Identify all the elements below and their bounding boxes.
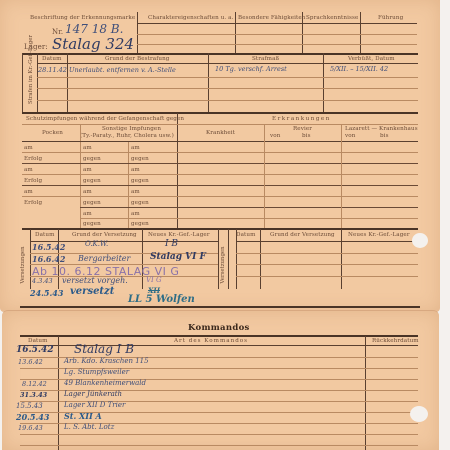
divider bbox=[67, 53, 68, 113]
rule bbox=[22, 141, 418, 142]
rule bbox=[236, 264, 418, 265]
sonstige-gegen: gegen bbox=[83, 178, 101, 184]
col-datum: Datum bbox=[42, 56, 61, 62]
kom-art-8: L. S. Abt. Lotz bbox=[64, 423, 114, 431]
kom-col-datum: Datum bbox=[28, 338, 47, 344]
punch-hole bbox=[410, 406, 428, 422]
vers-lager-1: I B bbox=[165, 239, 178, 249]
kom-datum-5: 31.3.43 bbox=[20, 391, 47, 399]
vers-datum-2: 16.6.42 bbox=[32, 254, 65, 264]
sonstige-gegen: gegen bbox=[131, 156, 149, 162]
col-grund-bestrafung: Grund der Bestrafung bbox=[105, 56, 169, 62]
rule bbox=[80, 218, 418, 219]
rule bbox=[20, 434, 418, 435]
divider bbox=[236, 229, 237, 289]
rule bbox=[37, 77, 418, 78]
rule bbox=[22, 163, 418, 164]
pocken-erfolg-2: Erfolg bbox=[24, 178, 42, 184]
rule bbox=[22, 124, 177, 125]
sonstige-am: am bbox=[131, 189, 140, 195]
pocken-am-1: am bbox=[24, 145, 33, 151]
vers-col-grund: Grund der Versetzung bbox=[72, 232, 137, 238]
vers-grund-5: versetzt bbox=[70, 286, 114, 297]
sonstige-gegen: gegen bbox=[83, 221, 101, 227]
sonstige-am: am bbox=[83, 211, 92, 217]
lazarett-von: von bbox=[345, 133, 355, 139]
pocken-erfolg-1: Erfolg bbox=[24, 156, 42, 162]
strafe-strafmass: 10 Tg. verschf. Arrest bbox=[215, 65, 287, 73]
rule bbox=[37, 63, 418, 64]
vers-grund-1: O.K.W. bbox=[85, 240, 108, 248]
strafe-grund: Unerlaubt. entfernen v. A.-Stelle bbox=[69, 66, 176, 74]
vers-datum-1: 16.5.42 bbox=[32, 242, 65, 252]
sonstige-am: am bbox=[83, 145, 92, 151]
kom-datum-7: 20.5.43 bbox=[16, 412, 49, 422]
vers-grund-4: versetzt vorgeh. bbox=[62, 276, 128, 285]
rule bbox=[22, 196, 418, 197]
col-charakter: Charaktereigenschaften u. a. bbox=[148, 15, 233, 21]
col-sprachkenntnisse: Sprachkenntnisse bbox=[306, 15, 358, 21]
kommandos-card: Kommandos Datum Art des Kommandos Rückke… bbox=[2, 310, 439, 450]
vers-datum-5: 24.5.43 bbox=[30, 288, 63, 298]
rule bbox=[80, 207, 418, 208]
kom-col-rueckkehr: Rückkehrdatum bbox=[372, 338, 419, 344]
divider bbox=[177, 113, 178, 228]
rule bbox=[22, 228, 418, 230]
kom-datum-1: 16.5.42 bbox=[16, 345, 54, 355]
pocken-am-2: am bbox=[24, 167, 33, 173]
col-revier: Revier bbox=[293, 126, 312, 132]
divider bbox=[30, 229, 31, 289]
kom-art-7: St. XII A bbox=[64, 411, 102, 421]
sonstige-gegen: gegen bbox=[131, 178, 149, 184]
kom-datum-8: 19.6.43 bbox=[18, 424, 43, 432]
sonstige-gegen: gegen bbox=[83, 156, 101, 162]
col-strafmass: Strafmaß bbox=[252, 56, 279, 62]
vers-lager-4: VI G bbox=[146, 276, 162, 284]
divider bbox=[341, 229, 342, 289]
vers-grund-2: Bergarbeiter bbox=[78, 254, 130, 263]
vers-col-lager: Neues Kr.-Gef.-Lager bbox=[148, 232, 210, 238]
lazarett-bis: bis bbox=[380, 133, 389, 139]
kom-art-5: Lager Jünkerath bbox=[64, 390, 122, 398]
rule bbox=[22, 112, 418, 114]
col-sonstige-sub: (Ty.-Paraty., Ruhr, Cholera usw.) bbox=[80, 133, 174, 139]
punch-hole bbox=[412, 233, 428, 248]
divider bbox=[360, 12, 361, 54]
pocken-am-3: am bbox=[24, 189, 33, 195]
revier-von: von bbox=[270, 133, 280, 139]
divider bbox=[264, 124, 265, 228]
divider bbox=[208, 53, 209, 113]
rule bbox=[236, 253, 418, 254]
rule bbox=[137, 34, 417, 35]
divider bbox=[80, 124, 81, 228]
sonstige-gegen: gegen bbox=[83, 200, 101, 206]
versetzungen-side-label: Versetzungen bbox=[20, 240, 26, 290]
divider bbox=[22, 53, 23, 113]
divider bbox=[341, 124, 342, 228]
sonstige-gegen: gegen bbox=[131, 200, 149, 206]
col-verbuesst: Verbüßt, Datum bbox=[348, 56, 395, 62]
strafe-datum: 28.11.42 bbox=[38, 66, 67, 74]
sonstige-am: am bbox=[83, 167, 92, 173]
kommandos-title: Kommandos bbox=[188, 323, 250, 333]
divider bbox=[37, 53, 38, 113]
vers-col-datum: Datum bbox=[35, 232, 54, 238]
col-fuehrung: Führung bbox=[378, 15, 403, 21]
col-faehigkeiten: Besondere Fähigkeiten bbox=[238, 15, 305, 21]
kom-art-2: Arb. Kdo. Kraschen 115 bbox=[64, 357, 149, 365]
rule bbox=[236, 241, 418, 242]
kom-datum-2: 13.6.42 bbox=[18, 358, 43, 366]
rule bbox=[37, 88, 418, 89]
nr-value: 147 18 B. bbox=[65, 22, 123, 36]
sonstige-am: am bbox=[83, 189, 92, 195]
impfungen-title: Schutzimpfungen während der Gefangenscha… bbox=[26, 116, 184, 122]
wolfen-note: LL 5 Wolfen bbox=[128, 294, 195, 305]
sonstige-gegen: gegen bbox=[131, 221, 149, 227]
kom-datum-4: 8.12.42 bbox=[22, 380, 47, 388]
vers2-col-lager: Neues Kr.-Gef.-Lager bbox=[348, 232, 410, 238]
kom-art-6: Lager XII D Trier bbox=[64, 401, 125, 409]
divider bbox=[137, 12, 138, 54]
rule bbox=[22, 174, 418, 175]
revier-bis: bis bbox=[302, 133, 311, 139]
divider bbox=[323, 53, 324, 113]
lager-value: Stalag 324 bbox=[52, 35, 134, 53]
divider bbox=[142, 229, 143, 289]
rule bbox=[177, 124, 418, 125]
kom-art-1: Stalag I B bbox=[74, 342, 134, 356]
rule bbox=[22, 185, 418, 186]
rule bbox=[137, 23, 417, 24]
kom-col-art: Art des Kommandos bbox=[174, 338, 248, 344]
rule bbox=[22, 53, 418, 55]
vers2-col-datum: Datum bbox=[236, 232, 255, 238]
rule bbox=[37, 100, 418, 101]
divider bbox=[365, 336, 366, 450]
sonstige-am: am bbox=[131, 211, 140, 217]
rule bbox=[137, 44, 417, 45]
rule bbox=[22, 152, 418, 153]
vers-lager-2: Stalag VI F bbox=[150, 252, 206, 262]
divider bbox=[260, 229, 261, 289]
divider bbox=[58, 336, 59, 450]
divider bbox=[218, 229, 219, 289]
versetzungen-side-label-right: Versetzungen bbox=[220, 240, 226, 290]
rule bbox=[20, 306, 420, 308]
strafen-side-label: Strafen im Kr.-Gef.-Lager bbox=[28, 54, 34, 104]
strafe-verbuesst: 5/XII. – 15/XII. 42 bbox=[330, 65, 388, 73]
sonstige-am: am bbox=[131, 167, 140, 173]
pow-record-card-front: Beschriftung der Erkennungsmarke Nr. 147… bbox=[0, 0, 440, 312]
rule bbox=[236, 276, 418, 277]
kom-datum-6: 15.5.43 bbox=[16, 402, 43, 410]
erkrankungen-title: Erkrankungen bbox=[272, 116, 331, 122]
vers-datum-4: 4.3.43 bbox=[32, 277, 53, 285]
col-pocken: Pocken bbox=[42, 130, 63, 136]
rule bbox=[20, 335, 418, 337]
divider bbox=[235, 12, 236, 54]
col-krankheit: Krankheit bbox=[206, 130, 235, 136]
kom-art-3: Lg. Stumpfsweiler bbox=[64, 368, 129, 376]
pocken-erfolg-3: Erfolg bbox=[24, 200, 42, 206]
sonstige-am: am bbox=[131, 145, 140, 151]
divider bbox=[228, 229, 229, 289]
erkennungsmarke-label: Beschriftung der Erkennungsmarke bbox=[30, 15, 135, 21]
kom-art-4: 49 Blankenheimerwald bbox=[64, 379, 146, 387]
col-lazarett: Lazarett — Krankenhaus bbox=[345, 126, 418, 132]
vers2-col-grund: Grund der Versetzung bbox=[270, 232, 335, 238]
rule bbox=[20, 445, 418, 446]
col-sonstige: Sonstige Impfungen bbox=[102, 126, 161, 132]
